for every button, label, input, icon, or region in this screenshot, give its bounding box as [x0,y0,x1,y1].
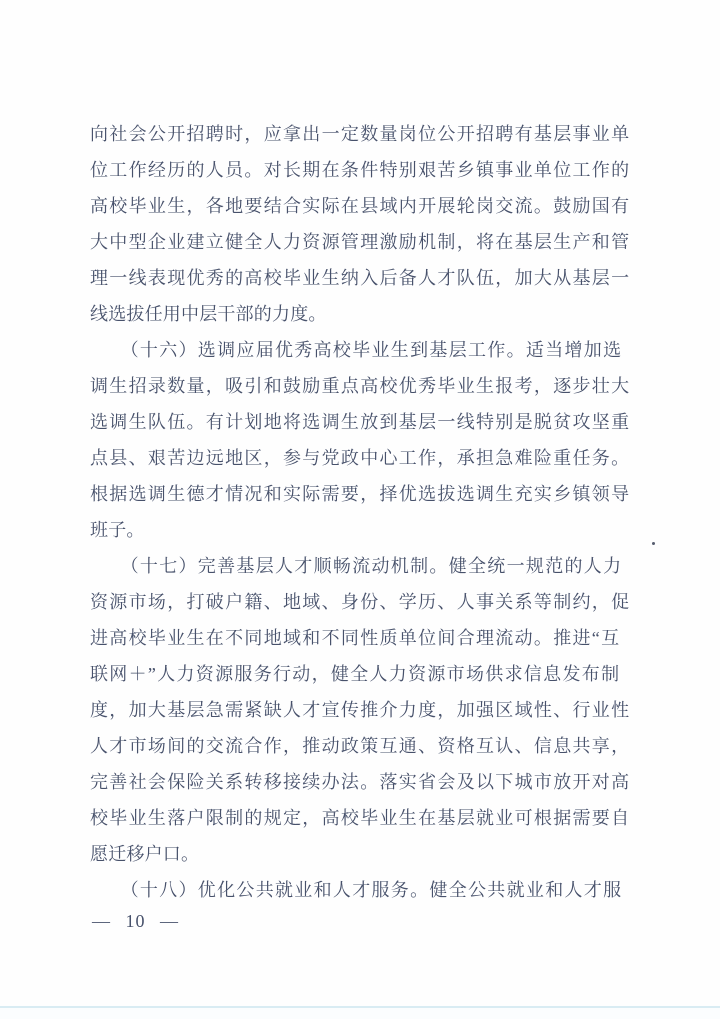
text-line: 高校毕业生，各地要结合实际在县域内开展轮岗交流。鼓励国有 [90,188,630,224]
text-line: 人才市场间的交流合作，推动政策互通、资格互认、信息共享， [90,728,630,764]
text-line: 班子。 [90,512,630,548]
text-line: 完善社会保险关系转移接续办法。落实省会及以下城市放开对高 [90,764,630,800]
text-line: 校毕业生落户限制的规定，高校毕业生在基层就业可根据需要自 [90,800,630,836]
document-text: 向社会公开招聘时，应拿出一定数量岗位公开招聘有基层事业单位工作经历的人员。对长期… [90,116,630,908]
text-line: （十六）选调应届优秀高校毕业生到基层工作。适当增加选 [90,332,630,368]
text-line: 选调生队伍。有计划地将选调生放到基层一线特别是脱贫攻坚重 [90,404,630,440]
text-line: 度，加大基层急需紧缺人才宣传推介力度，加强区域性、行业性 [90,692,630,728]
text-line: 理一线表现优秀的高校毕业生纳入后备人才队伍，加大从基层一 [90,260,630,296]
text-line: 向社会公开招聘时，应拿出一定数量岗位公开招聘有基层事业单 [90,116,630,152]
text-line: 联网＋”人力资源服务行动，健全人力资源市场供求信息发布制 [90,656,630,692]
text-line: （十七）完善基层人才顺畅流动机制。健全统一规范的人力 [90,548,630,584]
text-line: 大中型企业建立健全人力资源管理激励机制，将在基层生产和管 [90,224,630,260]
text-line: 位工作经历的人员。对长期在条件特别艰苦乡镇事业单位工作的 [90,152,630,188]
text-line: 根据选调生德才情况和实际需要，择优选拔选调生充实乡镇领导 [90,476,630,512]
text-line: 线选拔任用中层干部的力度。 [90,296,630,332]
text-line: 点县、艰苦边远地区，参与党政中心工作，承担急难险重任务。 [90,440,630,476]
text-line: 进高校毕业生在不同地域和不同性质单位间合理流动。推进“互 [90,620,630,656]
text-line: 资源市场，打破户籍、地域、身份、学历、人事关系等制约，促 [90,584,630,620]
text-line: 调生招录数量，吸引和鼓励重点高校优秀毕业生报考，逐步壮大 [90,368,630,404]
text-line: 愿迁移户口。 [90,836,630,872]
text-line: （十八）优化公共就业和人才服务。健全公共就业和人才服 [90,872,630,908]
document-page: 向社会公开招聘时，应拿出一定数量岗位公开招聘有基层事业单位工作经历的人员。对长期… [0,0,720,1019]
ink-speck [652,542,655,545]
page-number: — 10 — [92,908,179,934]
scan-edge-margin [0,1008,720,1019]
